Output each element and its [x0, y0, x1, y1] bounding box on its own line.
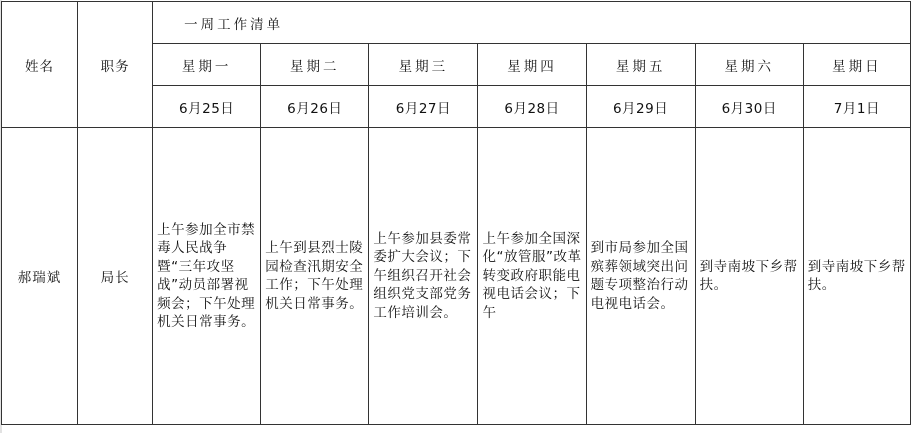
header-weekday-sun[interactable]: 星期日 [803, 44, 910, 86]
cell-name[interactable]: 郝瑞斌 [2, 128, 78, 425]
task-text-mon: 上午参加全市禁毒人民战争暨“三年攻坚战”动员部署视频会；下午处理机关日常事务。 [157, 221, 257, 332]
task-text-fri: 到市局参加全国殡葬领域突出问题专项整治行动电视电话会。 [591, 239, 692, 313]
cell-task-fri[interactable]: 到市局参加全国殡葬领域突出问题专项整治行动电视电话会。 [586, 128, 695, 425]
cell-task-tue[interactable]: 上午到县烈士陵园检查汛期安全工作；下午处理机关日常事务。 [261, 128, 369, 425]
cell-task-wed[interactable]: 上午参加县委常委扩大会议；下午组织召开社会组织党支部党务工作培训会。 [369, 128, 478, 425]
header-date-sat[interactable]: 6月30日 [695, 86, 803, 128]
header-weekday-mon[interactable]: 星期一 [153, 44, 261, 86]
header-position[interactable]: 职务 [78, 2, 153, 128]
task-text-sat: 到寺南坡下乡帮扶。 [700, 258, 800, 295]
header-date-sun[interactable]: 7月1日 [803, 86, 910, 128]
cell-task-sun[interactable]: 到寺南坡下乡帮扶。 [803, 128, 910, 425]
header-date-tue[interactable]: 6月26日 [261, 86, 369, 128]
spreadsheet-sheet: 姓名 职务 一周工作清单 星期一 星期二 星期三 星期四 星期五 星期六 星期日… [0, 0, 912, 433]
table-title[interactable]: 一周工作清单 [153, 2, 911, 44]
weekly-work-schedule-table: 姓名 职务 一周工作清单 星期一 星期二 星期三 星期四 星期五 星期六 星期日… [1, 1, 911, 425]
header-weekday-fri[interactable]: 星期五 [586, 44, 695, 86]
header-name[interactable]: 姓名 [2, 2, 78, 128]
task-text-wed: 上午参加县委常委扩大会议；下午组织召开社会组织党支部党务工作培训会。 [373, 230, 474, 323]
header-weekday-sat[interactable]: 星期六 [695, 44, 803, 86]
cell-task-sat[interactable]: 到寺南坡下乡帮扶。 [695, 128, 803, 425]
header-weekday-thu[interactable]: 星期四 [478, 44, 586, 86]
header-weekday-wed[interactable]: 星期三 [369, 44, 478, 86]
task-text-sun: 到寺南坡下乡帮扶。 [808, 258, 907, 295]
header-date-thu[interactable]: 6月28日 [478, 86, 586, 128]
table-row: 郝瑞斌 局长 上午参加全市禁毒人民战争暨“三年攻坚战”动员部署视频会；下午处理机… [2, 128, 911, 425]
header-date-wed[interactable]: 6月27日 [369, 86, 478, 128]
cell-task-thu[interactable]: 上午参加全国深化“放管服”改革转变政府职能电视电话会议；下午 [478, 128, 586, 425]
header-date-mon[interactable]: 6月25日 [153, 86, 261, 128]
task-text-tue: 上午到县烈士陵园检查汛期安全工作；下午处理机关日常事务。 [265, 239, 365, 313]
header-weekday-tue[interactable]: 星期二 [261, 44, 369, 86]
header-date-fri[interactable]: 6月29日 [586, 86, 695, 128]
task-text-thu: 上午参加全国深化“放管服”改革转变政府职能电视电话会议；下午 [482, 230, 582, 323]
cell-task-mon[interactable]: 上午参加全市禁毒人民战争暨“三年攻坚战”动员部署视频会；下午处理机关日常事务。 [153, 128, 261, 425]
cell-position[interactable]: 局长 [78, 128, 153, 425]
